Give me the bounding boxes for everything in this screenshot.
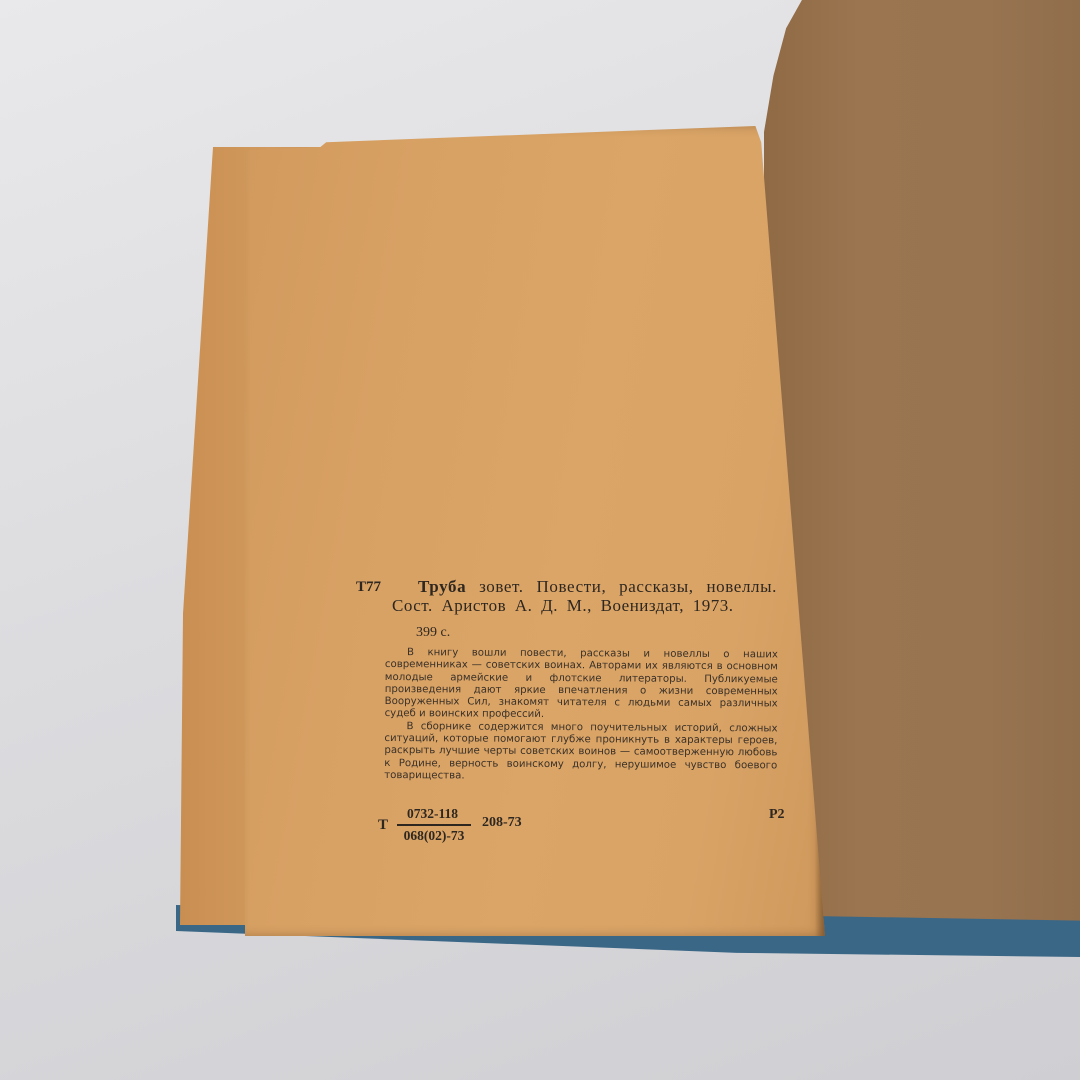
book-title: Труба	[418, 577, 466, 596]
book-title-line: Труба зовет. Повести, рассказы, новеллы.	[418, 577, 777, 597]
abstract-paragraph: В сборнике содержится много поучительных…	[384, 721, 777, 785]
abstract-paragraph: В книгу вошли повести, рассказы и новелл…	[385, 647, 778, 723]
catalog-code: Т77	[356, 579, 381, 596]
page-count: 399 с.	[416, 625, 450, 641]
abstract: В книгу вошли повести, рассказы и новелл…	[384, 647, 778, 785]
photo-scene: Т77 Труба зовет. Повести, рассказы, нове…	[0, 0, 1080, 1080]
catalog-card: Т77 Труба зовет. Повести, рассказы, нове…	[0, 0, 1080, 1080]
index-fraction: 0732-118 068(02)-73	[397, 806, 471, 844]
book-subtitle: зовет. Повести, рассказы, новеллы.	[479, 577, 777, 596]
compiler-publisher: Сост. Аристов А. Д. М., Воениздат, 1973.	[392, 596, 733, 616]
index-code: 208-73	[482, 815, 522, 831]
index-numerator: 0732-118	[407, 806, 461, 824]
classification-code: Р2	[769, 807, 785, 823]
index-letter: Т	[378, 817, 388, 834]
index-denominator: 068(02)-73	[404, 826, 465, 844]
